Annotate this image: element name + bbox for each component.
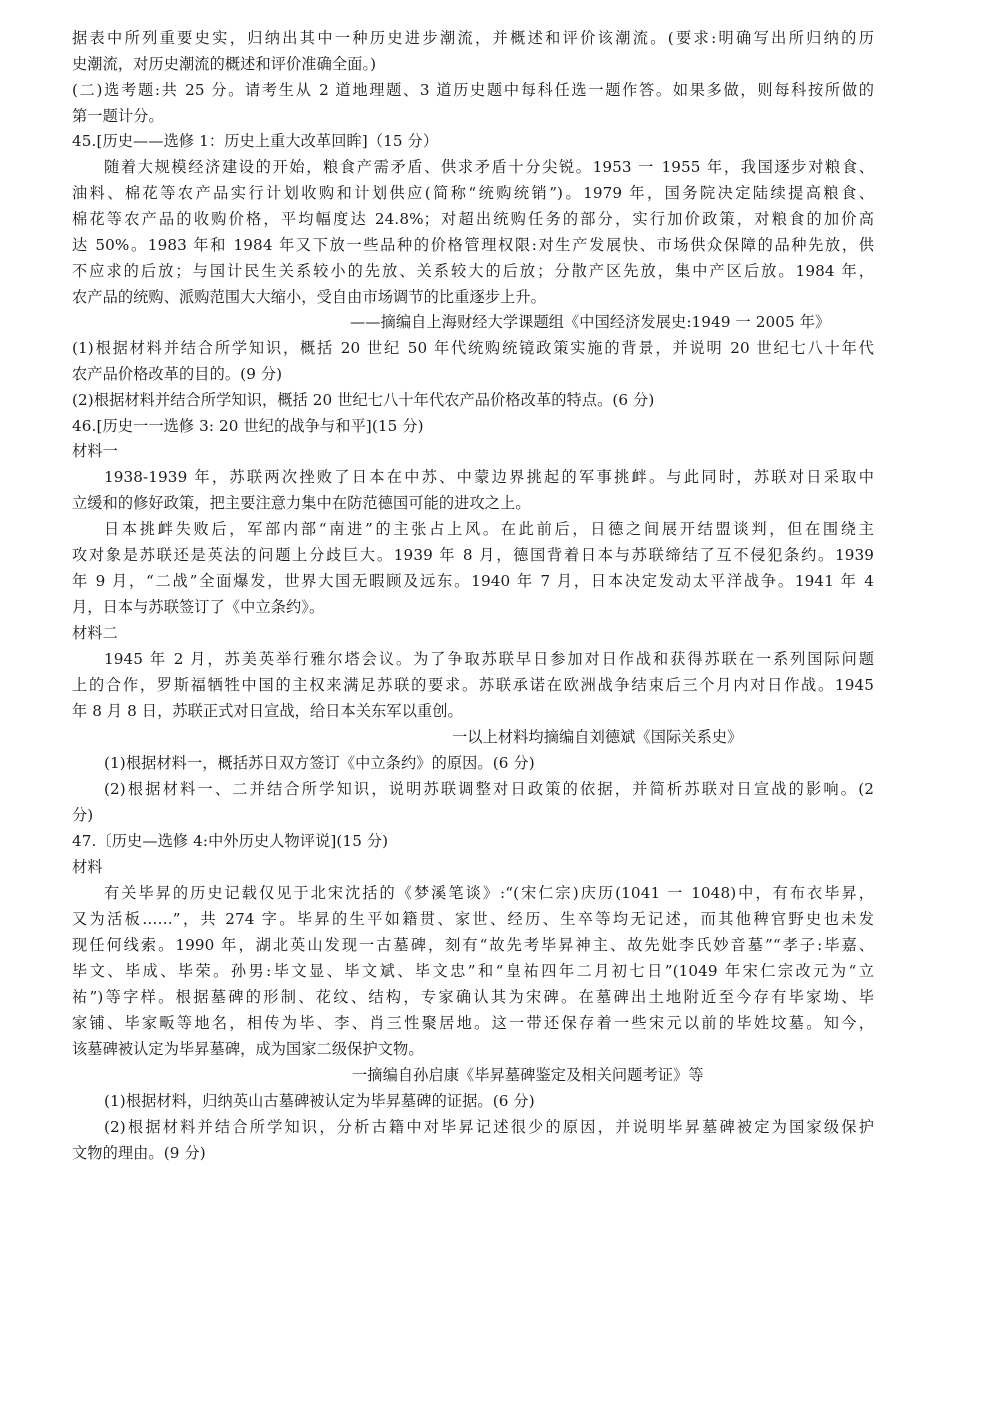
text-line: (2)根据材料一、二并结合所学知识，说明苏联调整对日政策的依据，并简析苏联对日宣… [104,777,874,801]
text-line: 祐”)等字样。根据墓碑的形制、花纹、结构，专家确认其为宋碑。在墓碑出土地附近至今… [72,985,874,1009]
text-line: 立缓和的修好政策，把主要注意力集中在防范德国可能的进攻之上。 [72,491,874,515]
text-line: 有关毕昇的历史记载仅见于北宋沈括的《梦溪笔谈》:“(宋仁宗)庆历(1041 一 … [104,881,874,905]
text-line: 棉花等农产品的收购价格，平均幅度达 24.8%；对超出统购任务的部分，实行加价政… [72,207,874,231]
text-line: 油料、棉花等农产品实行计划收购和计划供应(简称“统购统销”)。1979 年，国务… [72,181,874,205]
text-line: 1938-1939 年，苏联两次挫败了日本在中苏、中蒙边界挑起的军事挑衅。与此同… [104,465,874,489]
text-line: 农产品的统购、派购范围大大缩小，受自由市场调节的比重逐步上升。 [72,285,874,309]
text-line: 第一题计分。 [72,104,874,128]
text-line: 月，日本与苏联签订了《中立条约》。 [72,595,874,619]
text-line: 47.〔历史—选修 4:中外历史人物评说](15 分) [72,829,874,853]
text-line: 不应求的后放；与国计民生关系较小的先放、关系较大的后放；分散产区先放，集中产区后… [72,259,874,283]
text-line: 一以上材料均摘编自刘德斌《国际关系史》 [452,725,874,749]
text-line: 1945 年 2 月，苏美英举行雅尔塔会议。为了争取苏联早日参加对日作战和获得苏… [104,647,874,671]
text-line: 该墓碑被认定为毕昇墓碑，成为国家二级保护文物。 [72,1037,874,1061]
text-line: 现任何线索。1990 年，湖北英山发现一古墓碑，刻有“故先考毕昇神主、故先妣李氏… [72,933,874,957]
text-line: 农产品价格改革的目的。(9 分) [72,362,874,386]
text-line: 家铺、毕家畈等地名，相传为毕、李、肖三性聚居地。这一带还保存着一些宋元以前的毕姓… [72,1011,874,1035]
text-line: 达 50%。1983 年和 1984 年又下放一些品种的价格管理权限:对生产发展… [72,233,874,257]
text-line: 又为活板……”，共 274 字。毕昇的生平如籍贯、家世、经历、生卒等均无记述，而… [72,907,874,931]
text-line: 上的合作，罗斯福牺牲中国的主权来满足苏联的要求。苏联承诺在欧洲战争结束后三个月内… [72,673,874,697]
text-line: 史潮流，对历史潮流的概述和评价准确全面。) [72,52,874,76]
exam-page: 据表中所列重要史实，归纳出其中一种历史进步潮流，并概述和评价该潮流。(要求:明确… [0,0,992,1403]
text-line: 材料 [72,855,874,879]
text-line: (2)根据材料并结合所学知识，分析古籍中对毕昇记述很少的原因，并说明毕昇墓碑被定… [104,1115,874,1139]
text-line: 毕文、毕成、毕荣。孙男:毕文显、毕文斌、毕文忠”和“皇祐四年二月初七日”(104… [72,959,874,983]
text-line: (2)根据材料并结合所学知识，概括 20 世纪七八十年代农产品价格改革的特点。(… [72,388,874,412]
text-line: 据表中所列重要史实，归纳出其中一种历史进步潮流，并概述和评价该潮流。(要求:明确… [72,26,874,50]
text-line: (1)根据材料并结合所学知识，概括 20 世纪 50 年代统购统镜政策实施的背景… [72,336,874,360]
text-line: 文物的理由。(9 分) [72,1141,874,1165]
text-line: (1)根据材料，归纳英山古墓碑被认定为毕昇墓碑的证据。(6 分) [104,1089,874,1113]
text-line: 材料二 [72,621,874,645]
text-line: (1)根据材料一，概括苏日双方签订《中立条约》的原因。(6 分) [104,751,874,775]
text-line: 一摘编自孙启康《毕昇墓碑鉴定及相关问题考证》等 [352,1063,874,1087]
text-line: 年 9 月，“二战”全面爆发，世界大国无暇顾及远东。1940 年 7 月，日本决… [72,569,874,593]
text-line: 46.[历史一一选修 3: 20 世纪的战争与和平](15 分) [72,414,874,438]
text-line: 材料一 [72,439,874,463]
text-line: 45.[历史——选修 1：历史上重大改革回眸]（15 分） [72,129,874,153]
text-line: 随着大规模经济建设的开始，粮食产需矛盾、供求矛盾十分尖锐。1953 一 1955… [104,155,874,179]
text-line: 分) [72,803,874,827]
text-line: 日本挑衅失败后，军部内部“南进”的主张占上风。在此前后，日德之间展开结盟谈判，但… [104,517,874,541]
text-line: 年 8 月 8 日，苏联正式对日宣战，给日本关东军以重创。 [72,699,874,723]
text-line: (二)选考题:共 25 分。请考生从 2 道地理题、3 道历史题中每科任选一题作… [72,78,874,102]
text-line: ——摘编自上海财经大学课题组《中国经济发展史:1949 一 2005 年》 [350,310,874,334]
text-line: 攻对象是苏联还是英法的问题上分歧巨大。1939 年 8 月，德国背着日本与苏联缔… [72,543,874,567]
